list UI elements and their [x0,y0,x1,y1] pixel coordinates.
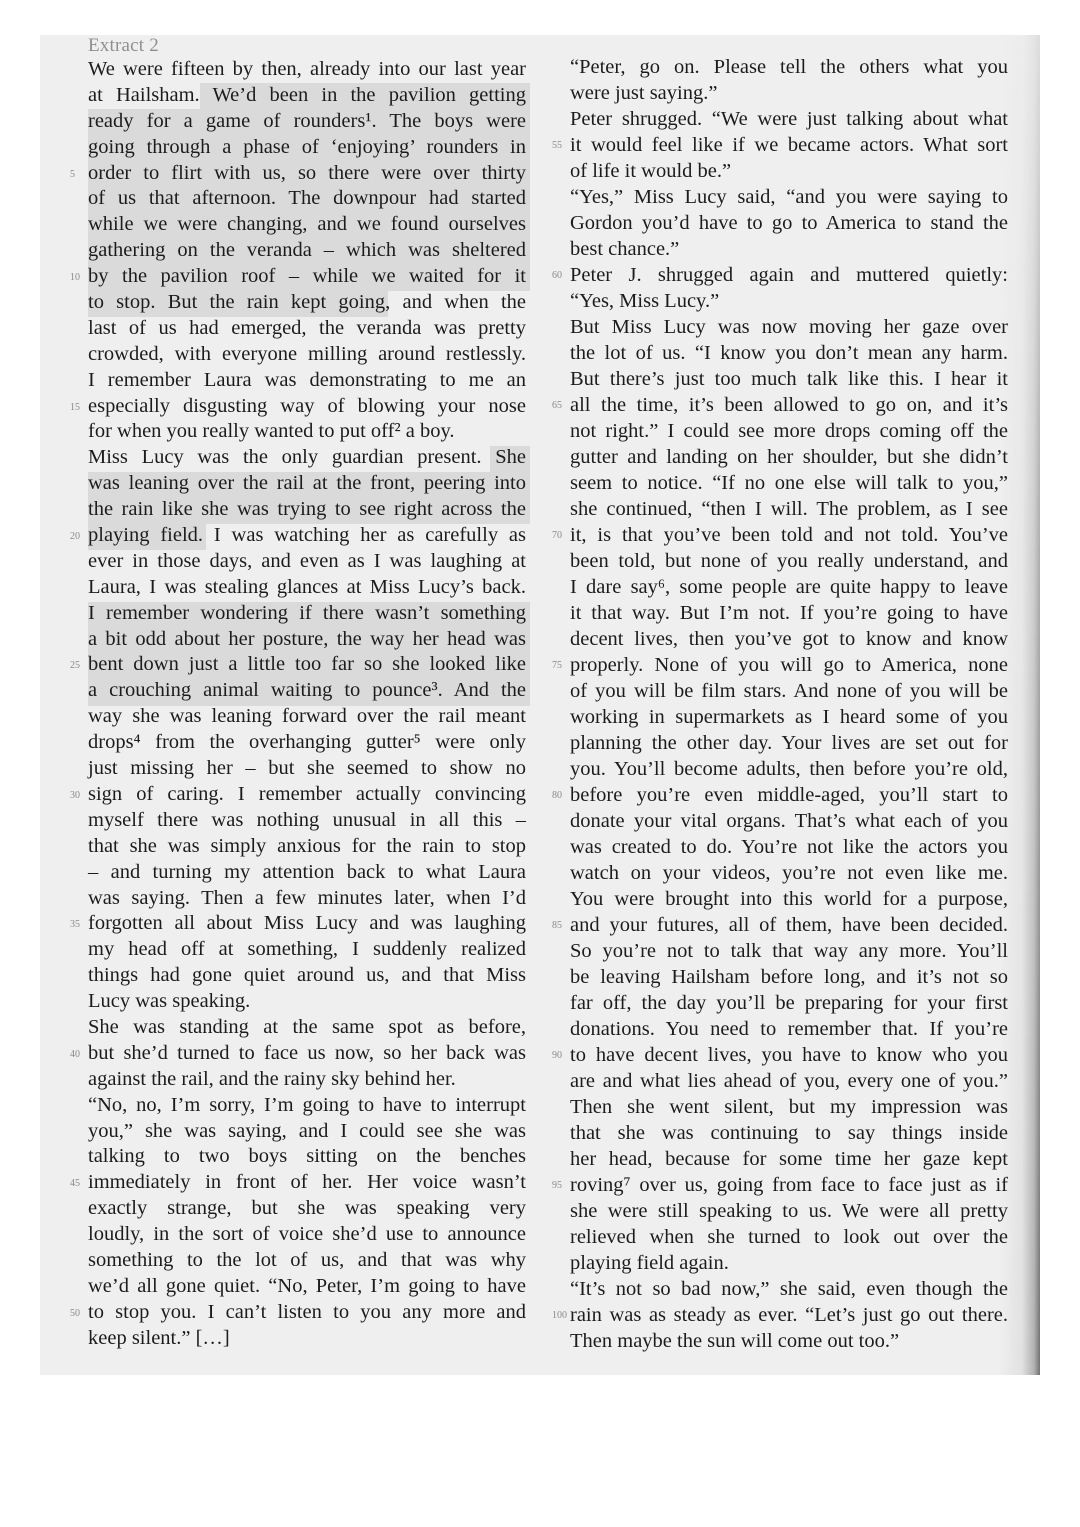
line-text: Then maybe the sun will come out too.” [570,1328,1008,1354]
line-number: 70 [552,523,566,549]
text-line: – and turning my attention back to what … [88,860,526,886]
line-text: bent down just a little too far so she l… [88,652,526,678]
text-line: donate your vital organs. That’s what ea… [570,808,1008,834]
text-line: She was standing at the same spot as bef… [88,1015,526,1041]
text-line: Gordon you’d have to go to America to st… [570,210,1008,236]
line-text: But there’s just too much talk like this… [570,366,1008,392]
line-text: but she’d turned to face us now, so her … [88,1041,526,1067]
text-line: playing field again. [570,1250,1008,1276]
text-line: “Peter, go on. Please tell the others wh… [570,54,1008,80]
text-line: But there’s just too much talk like this… [570,366,1008,392]
line-text: drops⁴ from the overhanging gutter⁵ were… [88,730,526,756]
text-line: of you will be film stars. And none of y… [570,678,1008,704]
text-line: 60Peter J. shrugged again and muttered q… [570,262,1008,288]
line-number: 60 [552,263,566,289]
text-line: So you’re not to talk that way any more.… [570,938,1008,964]
text-line: 40but she’d turned to face us now, so he… [88,1041,526,1067]
line-text: crowded, with everyone milling around re… [88,342,526,368]
text-line: ready for a game of rounders¹. The boys … [88,109,526,135]
text-line: Peter shrugged. “We were just talking ab… [570,106,1008,132]
text-line: donations. You need to remember that. If… [570,1016,1008,1042]
line-text: things had gone quiet around us, and tha… [88,963,526,989]
line-text: just missing her – but she seemed to sho… [88,756,526,782]
text-line: 50to stop you. I can’t listen to you any… [88,1300,526,1326]
text-line: it that way. But I’m not. If you’re goin… [570,600,1008,626]
line-text: seem to notice. “If no one else will tal… [570,470,1008,496]
line-text: before you’re even middle-aged, you’ll s… [570,782,1008,808]
text-line: I dare say⁶, some people are quite happy… [570,574,1008,600]
line-text: Gordon you’d have to go to America to st… [570,210,1008,236]
text-line: of us that afternoon. The downpour had s… [88,186,526,212]
line-number: 15 [70,395,84,421]
text-line: 35forgotten all about Miss Lucy and was … [88,911,526,937]
line-text: especially disgusting way of blowing you… [88,394,526,420]
line-number: 50 [70,1301,84,1327]
text-line: 45immediately in front of her. Her voice… [88,1170,526,1196]
text-line: was leaning over the rail at the front, … [88,471,526,497]
line-text: watch on your videos, you’re not even li… [570,860,1008,886]
line-text: and your futures, all of them, have been… [570,912,1008,938]
text-line: against the rail, and the rainy sky behi… [88,1067,526,1093]
line-text: Laura, I was stealing glances at Miss Lu… [88,575,526,601]
line-text: playing field again. [570,1250,1008,1276]
line-text: roving⁷ over us, going from face to face… [570,1172,1008,1198]
line-number: 40 [70,1042,84,1068]
line-text: at Hailsham. We’d been in the pavilion g… [88,83,526,109]
line-text: You were brought into this world for a p… [570,886,1008,912]
line-text: Peter J. shrugged again and muttered qui… [570,262,1008,288]
line-text: exactly strange, but she was speaking ve… [88,1196,526,1222]
line-number: 20 [70,524,84,550]
text-line: Miss Lucy was the only guardian present.… [88,445,526,471]
text-line: was created to do. You’re not like the a… [570,834,1008,860]
text-line: working in supermarkets as I heard some … [570,704,1008,730]
text-line: 95roving⁷ over us, going from face to fa… [570,1172,1008,1198]
line-text: Miss Lucy was the only guardian present.… [88,445,526,471]
line-text: the rain like she was trying to see righ… [88,497,526,523]
line-text: I remember wondering if there wasn’t som… [88,601,526,627]
line-text: for when you really wanted to put off² a… [88,419,526,445]
line-number: 45 [70,1171,84,1197]
text-line: at Hailsham. We’d been in the pavilion g… [88,83,526,109]
line-text: Peter shrugged. “We were just talking ab… [570,106,1008,132]
text-line: “No, no, I’m sorry, I’m going to have to… [88,1093,526,1119]
line-text: my head off at something, I suddenly rea… [88,937,526,963]
line-text: “Yes,” Miss Lucy said, “and you were say… [570,184,1008,210]
text-line: Lucy was speaking. [88,989,526,1015]
text-line: I remember Laura was demonstrating to me… [88,368,526,394]
text-line: “It’s not so bad now,” she said, even th… [570,1276,1008,1302]
text-line: a bit odd about her posture, the way her… [88,627,526,653]
left-column: We were fifteen by then, already into ou… [88,57,526,1352]
line-text: it, is that you’ve been told and not tol… [570,522,1008,548]
text-line: going through a phase of ‘enjoying’ roun… [88,135,526,161]
line-text: “Yes, Miss Lucy.” [570,288,1008,314]
text-line: last of us had emerged, the veranda was … [88,316,526,342]
text-line: my head off at something, I suddenly rea… [88,937,526,963]
right-column: “Peter, go on. Please tell the others wh… [570,54,1008,1354]
text-line: things had gone quiet around us, and tha… [88,963,526,989]
line-text: donations. You need to remember that. If… [570,1016,1008,1042]
line-text: Lucy was speaking. [88,989,526,1015]
line-text: best chance.” [570,236,1008,262]
line-text: all the time, it’s been allowed to go on… [570,392,1008,418]
text-line: 75properly. None of you will go to Ameri… [570,652,1008,678]
line-text: to stop you. I can’t listen to you any m… [88,1300,526,1326]
text-line: 25bent down just a little too far so she… [88,652,526,678]
text-line: she continued, “then I will. The problem… [570,496,1008,522]
line-text: gutter and landing on her shoulder, but … [570,444,1008,470]
text-line: gathering on the veranda – which was she… [88,238,526,264]
line-text: you. You’ll become adults, then before y… [570,756,1008,782]
line-text: it would feel like if we became actors. … [570,132,1008,158]
line-text: working in supermarkets as I heard some … [570,704,1008,730]
text-line: 20playing field. I was watching her as c… [88,523,526,549]
text-line: loudly, in the sort of voice she’d use t… [88,1222,526,1248]
text-line: “Yes, Miss Lucy.” [570,288,1008,314]
line-number: 25 [70,653,84,679]
line-text: I remember Laura was demonstrating to me… [88,368,526,394]
text-line: 90to have decent lives, you have to know… [570,1042,1008,1068]
text-line: seem to notice. “If no one else will tal… [570,470,1008,496]
text-line: been told, but none of you really unders… [570,548,1008,574]
text-line: 80before you’re even middle-aged, you’ll… [570,782,1008,808]
line-text: a crouching animal waiting to pounce³. A… [88,678,526,704]
text-line: relieved when she turned to look out ove… [570,1224,1008,1250]
text-line: that she was simply anxious for the rain… [88,834,526,860]
line-text: are and what lies ahead of you, every on… [570,1068,1008,1094]
text-line: best chance.” [570,236,1008,262]
line-text: decent lives, then you’ve got to know an… [570,626,1008,652]
line-text: way she was leaning forward over the rai… [88,704,526,730]
text-line: just missing her – but she seemed to sho… [88,756,526,782]
line-text: against the rail, and the rainy sky behi… [88,1067,526,1093]
line-text: going through a phase of ‘enjoying’ roun… [88,135,526,161]
line-number: 65 [552,393,566,419]
text-line: 30sign of caring. I remember actually co… [88,782,526,808]
text-line: decent lives, then you’ve got to know an… [570,626,1008,652]
text-line: 10by the pavilion roof – while we waited… [88,264,526,290]
line-text: something to the lot of us, and that was… [88,1248,526,1274]
line-text: sign of caring. I remember actually conv… [88,782,526,808]
line-text: to stop. But the rain kept going, and wh… [88,290,526,316]
line-text: donate your vital organs. That’s what ea… [570,808,1008,834]
text-line: But Miss Lucy was now moving her gaze ov… [570,314,1008,340]
line-text: I dare say⁶, some people are quite happy… [570,574,1008,600]
line-text: “It’s not so bad now,” she said, even th… [570,1276,1008,1302]
line-number: 90 [552,1043,566,1069]
line-text: the lot of us. “I know you don’t mean an… [570,340,1008,366]
line-number: 55 [552,133,566,159]
line-text: planning the other day. Your lives are s… [570,730,1008,756]
line-text: we’d all gone quiet. “No, Peter, I’m goi… [88,1274,526,1300]
line-text: a bit odd about her posture, the way her… [88,627,526,653]
line-number: 35 [70,912,84,938]
line-text: of us that afternoon. The downpour had s… [88,186,526,212]
line-text: was leaning over the rail at the front, … [88,471,526,497]
line-text: be leaving Hailsham before long, and it’… [570,964,1008,990]
text-line: Then maybe the sun will come out too.” [570,1328,1008,1354]
line-number: 30 [70,783,84,809]
text-line: keep silent.” […] [88,1326,526,1352]
text-line: “Yes,” Miss Lucy said, “and you were say… [570,184,1008,210]
text-line: to stop. But the rain kept going, and wh… [88,290,526,316]
line-text: that she was continuing to say things in… [570,1120,1008,1146]
text-line: 70it, is that you’ve been told and not t… [570,522,1008,548]
line-text: relieved when she turned to look out ove… [570,1224,1008,1250]
line-number: 10 [70,265,84,291]
line-text: playing field. I was watching her as car… [88,523,526,549]
line-number: 85 [552,913,566,939]
line-text: forgotten all about Miss Lucy and was la… [88,911,526,937]
line-text: “Peter, go on. Please tell the others wh… [570,54,1008,80]
line-number: 100 [552,1303,566,1329]
text-line: myself there was nothing unusual in all … [88,808,526,834]
text-line: We were fifteen by then, already into ou… [88,57,526,83]
line-text: Then she went silent, but my impression … [570,1094,1008,1120]
text-line: exactly strange, but she was speaking ve… [88,1196,526,1222]
line-text: loudly, in the sort of voice she’d use t… [88,1222,526,1248]
text-line: we’d all gone quiet. “No, Peter, I’m goi… [88,1274,526,1300]
text-line: talking to two boys sitting on the bench… [88,1144,526,1170]
text-line: for when you really wanted to put off² a… [88,419,526,445]
text-line: of life it would be.” [570,158,1008,184]
line-text: not right.” I could see more drops comin… [570,418,1008,444]
text-line: you,” she was saying, and I could see sh… [88,1119,526,1145]
line-text: was saying. Then a few minutes later, wh… [88,886,526,912]
line-text: been told, but none of you really unders… [570,548,1008,574]
text-line: You were brought into this world for a p… [570,886,1008,912]
line-text: of you will be film stars. And none of y… [570,678,1008,704]
line-text: keep silent.” […] [88,1326,526,1352]
line-text: “No, no, I’m sorry, I’m going to have to… [88,1093,526,1119]
line-text: rain was as steady as ever. “Let’s just … [570,1302,1008,1328]
line-text: to have decent lives, you have to know w… [570,1042,1008,1068]
text-line: planning the other day. Your lives are s… [570,730,1008,756]
line-text: talking to two boys sitting on the bench… [88,1144,526,1170]
line-text: myself there was nothing unusual in all … [88,808,526,834]
line-text: last of us had emerged, the veranda was … [88,316,526,342]
line-number: 75 [552,653,566,679]
line-text: – and turning my attention back to what … [88,860,526,886]
line-text: of life it would be.” [570,158,1008,184]
text-line: 100rain was as steady as ever. “Let’s ju… [570,1302,1008,1328]
line-text: far off, the day you’ll be preparing for… [570,990,1008,1016]
line-text: was created to do. You’re not like the a… [570,834,1008,860]
text-line: are and what lies ahead of you, every on… [570,1068,1008,1094]
text-line: 65all the time, it’s been allowed to go … [570,392,1008,418]
line-text: were just saying.” [570,80,1008,106]
text-line: while we were changing, and we found our… [88,212,526,238]
scanned-page: Extract 2 We were fifteen by then, alrea… [40,35,1040,1375]
line-text: her head, because for some time her gaze… [570,1146,1008,1172]
text-line: the lot of us. “I know you don’t mean an… [570,340,1008,366]
line-text: she continued, “then I will. The problem… [570,496,1008,522]
text-line: were just saying.” [570,80,1008,106]
line-number: 95 [552,1173,566,1199]
line-text: it that way. But I’m not. If you’re goin… [570,600,1008,626]
line-text: she were still speaking to us. We were a… [570,1198,1008,1224]
line-text: while we were changing, and we found our… [88,212,526,238]
line-text: you,” she was saying, and I could see sh… [88,1119,526,1145]
text-line: her head, because for some time her gaze… [570,1146,1008,1172]
text-line: gutter and landing on her shoulder, but … [570,444,1008,470]
line-text: immediately in front of her. Her voice w… [88,1170,526,1196]
line-text: ever in those days, and even as I was la… [88,549,526,575]
text-line: way she was leaning forward over the rai… [88,704,526,730]
text-line: 55it would feel like if we became actors… [570,132,1008,158]
text-line: you. You’ll become adults, then before y… [570,756,1008,782]
text-line: 5order to flirt with us, so there were o… [88,161,526,187]
text-line: was saying. Then a few minutes later, wh… [88,886,526,912]
text-line: 85and your futures, all of them, have be… [570,912,1008,938]
text-line: 15especially disgusting way of blowing y… [88,394,526,420]
text-line: Then she went silent, but my impression … [570,1094,1008,1120]
text-line: that she was continuing to say things in… [570,1120,1008,1146]
line-text: ready for a game of rounders¹. The boys … [88,109,526,135]
line-number: 80 [552,783,566,809]
line-text: She was standing at the same spot as bef… [88,1015,526,1041]
text-line: something to the lot of us, and that was… [88,1248,526,1274]
line-text: order to flirt with us, so there were ov… [88,161,526,187]
text-line: the rain like she was trying to see righ… [88,497,526,523]
line-number: 5 [70,162,84,188]
line-text: So you’re not to talk that way any more.… [570,938,1008,964]
text-line: ever in those days, and even as I was la… [88,549,526,575]
text-line: Laura, I was stealing glances at Miss Lu… [88,575,526,601]
text-line: be leaving Hailsham before long, and it’… [570,964,1008,990]
text-line: crowded, with everyone milling around re… [88,342,526,368]
text-line: drops⁴ from the overhanging gutter⁵ were… [88,730,526,756]
line-text: But Miss Lucy was now moving her gaze ov… [570,314,1008,340]
text-line: far off, the day you’ll be preparing for… [570,990,1008,1016]
text-line: she were still speaking to us. We were a… [570,1198,1008,1224]
line-text: that she was simply anxious for the rain… [88,834,526,860]
line-text: gathering on the veranda – which was she… [88,238,526,264]
line-text: by the pavilion roof – while we waited f… [88,264,526,290]
text-line: watch on your videos, you’re not even li… [570,860,1008,886]
text-line: I remember wondering if there wasn’t som… [88,601,526,627]
text-line: not right.” I could see more drops comin… [570,418,1008,444]
extract-title: Extract 2 [88,35,159,57]
line-text: We were fifteen by then, already into ou… [88,57,526,83]
line-text: properly. None of you will go to America… [570,652,1008,678]
text-line: a crouching animal waiting to pounce³. A… [88,678,526,704]
